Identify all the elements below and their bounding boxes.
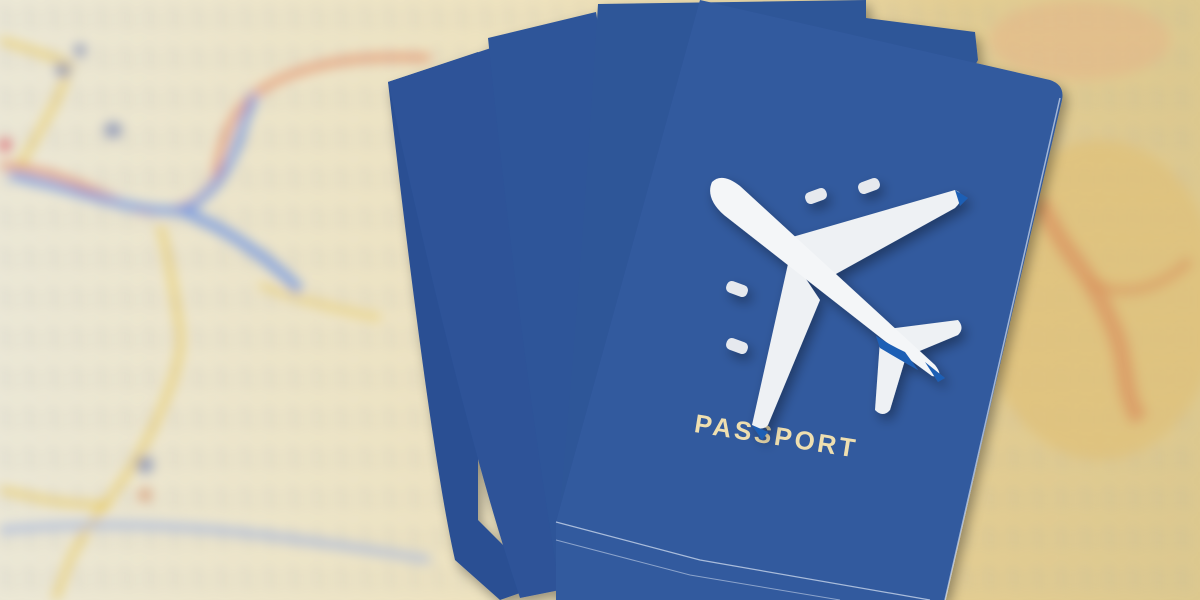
photo-scene: PASSPORT	[0, 0, 1200, 600]
scene-canvas: PASSPORT	[0, 0, 1200, 600]
